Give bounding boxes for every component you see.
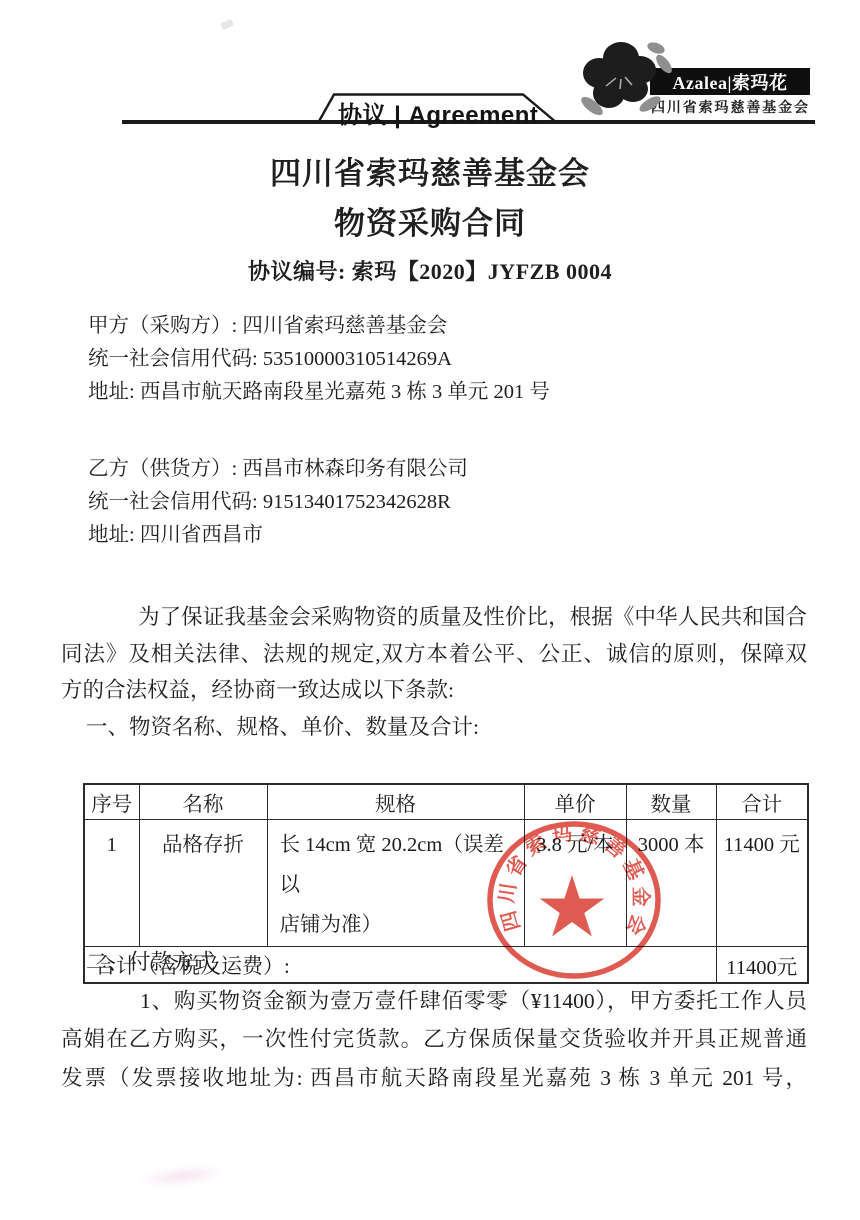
cell-name: 品格存折 [139,820,267,947]
party-a-credit-code: 统一社会信用代码: 53510000310514269A [88,343,788,376]
scan-artifact-mark [220,19,234,30]
official-red-seal: 四川省索玛慈善基金会 [484,812,664,990]
banner-agreement-label: 协议 | Agreement [338,95,538,130]
preamble-paragraph: 为了保证我基金会采购物资的质量及性价比，根据《中华人民共和国合 同法》及相关法律… [61,599,807,745]
col-header-name: 名称 [139,784,267,820]
party-a-name: 甲方（采购方）: 四川省索玛慈善基金会 [88,310,788,343]
contract-scan-page: 协议 | Agreement Azalea|索玛花 四川省索玛慈善基金会 四川省… [0,0,860,1220]
agreement-number: 协议编号: 索玛【2020】JYFZB 0004 [0,255,860,286]
party-a-block: 甲方（采购方）: 四川省索玛慈善基金会 统一社会信用代码: 5351000031… [88,310,788,409]
party-a-address: 地址: 西昌市航天路南段星光嘉苑 3 栋 3 单元 201 号 [88,376,788,409]
section2-line: 高娟在乙方购买，一次性付完货款。乙方保质保量交货验收并开具正规普通 [61,1020,807,1059]
preamble-line: 为了保证我基金会采购物资的质量及性价比，根据《中华人民共和国合 [61,599,807,636]
section2-line: 发票（发票接收地址为: 西昌市航天路南段星光嘉苑 3 栋 3 单元 201 号， [61,1059,807,1098]
document-title-org: 四川省索玛慈善基金会 [0,148,860,193]
section2-title: 二、付款方式 [61,943,807,982]
logo-brand-text: Azalea|索玛花 [673,69,788,95]
scan-ink-smudge [137,1161,229,1190]
section1-title: 一、物资名称、规格、单价、数量及合计: [61,709,807,746]
col-header-no: 序号 [84,784,139,820]
payment-section: 二、付款方式 1、购买物资金额为壹万壹仟肆佰零零（¥11400），甲方委托工作人… [61,943,807,1097]
section2-line: 1、购买物资金额为壹万壹仟肆佰零零（¥11400），甲方委托工作人员 [61,982,807,1021]
party-b-name: 乙方（供货方）: 西昌市林森印务有限公司 [88,453,788,486]
party-b-credit-code: 统一社会信用代码: 91513401752342628R [88,486,788,519]
seal-star-icon [540,875,605,937]
party-b-address: 地址: 四川省西昌市 [88,519,788,552]
col-header-total: 合计 [716,784,808,820]
table-row: 1 品格存折 长 14cm 宽 20.2cm（误差以 店铺为准） 3.8 元/本… [84,820,808,947]
cell-total: 11400 元 [716,820,808,947]
preamble-line: 方的合法权益，经协商一致达成以下条款: [61,672,807,709]
party-b-block: 乙方（供货方）: 西昌市林森印务有限公司 统一社会信用代码: 915134017… [88,453,788,552]
document-title-contract: 物资采购合同 [0,198,860,243]
preamble-line: 同法》及相关法律、法规的规定,双方本着公平、公正、诚信的原则，保障双 [61,636,807,673]
azalea-flower-icon [576,36,688,128]
cell-no: 1 [84,820,139,947]
table-header-row: 序号 名称 规格 单价 数量 合计 [84,784,808,820]
